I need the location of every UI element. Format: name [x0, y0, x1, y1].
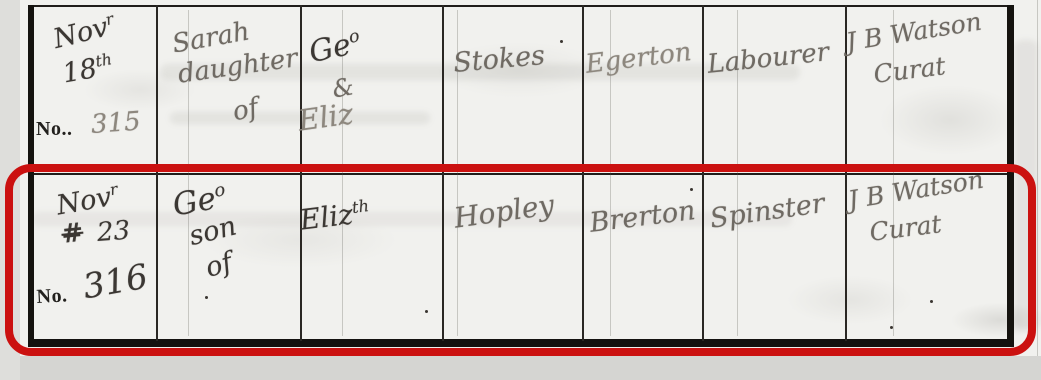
highlight-annotation-box — [5, 164, 1036, 356]
ruled-guide-line — [1037, 0, 1038, 356]
entry-number-label: No.. — [36, 118, 72, 141]
table-top-rule — [28, 5, 1014, 7]
date-day-superscript: th — [94, 49, 113, 71]
date-day-text: 18 — [60, 53, 99, 89]
ink-speck — [560, 40, 563, 43]
register-scan: Novr 18th No.. 315 Sarah daughter of Geo… — [0, 0, 1041, 380]
entry-number-value: 315 — [90, 107, 142, 140]
